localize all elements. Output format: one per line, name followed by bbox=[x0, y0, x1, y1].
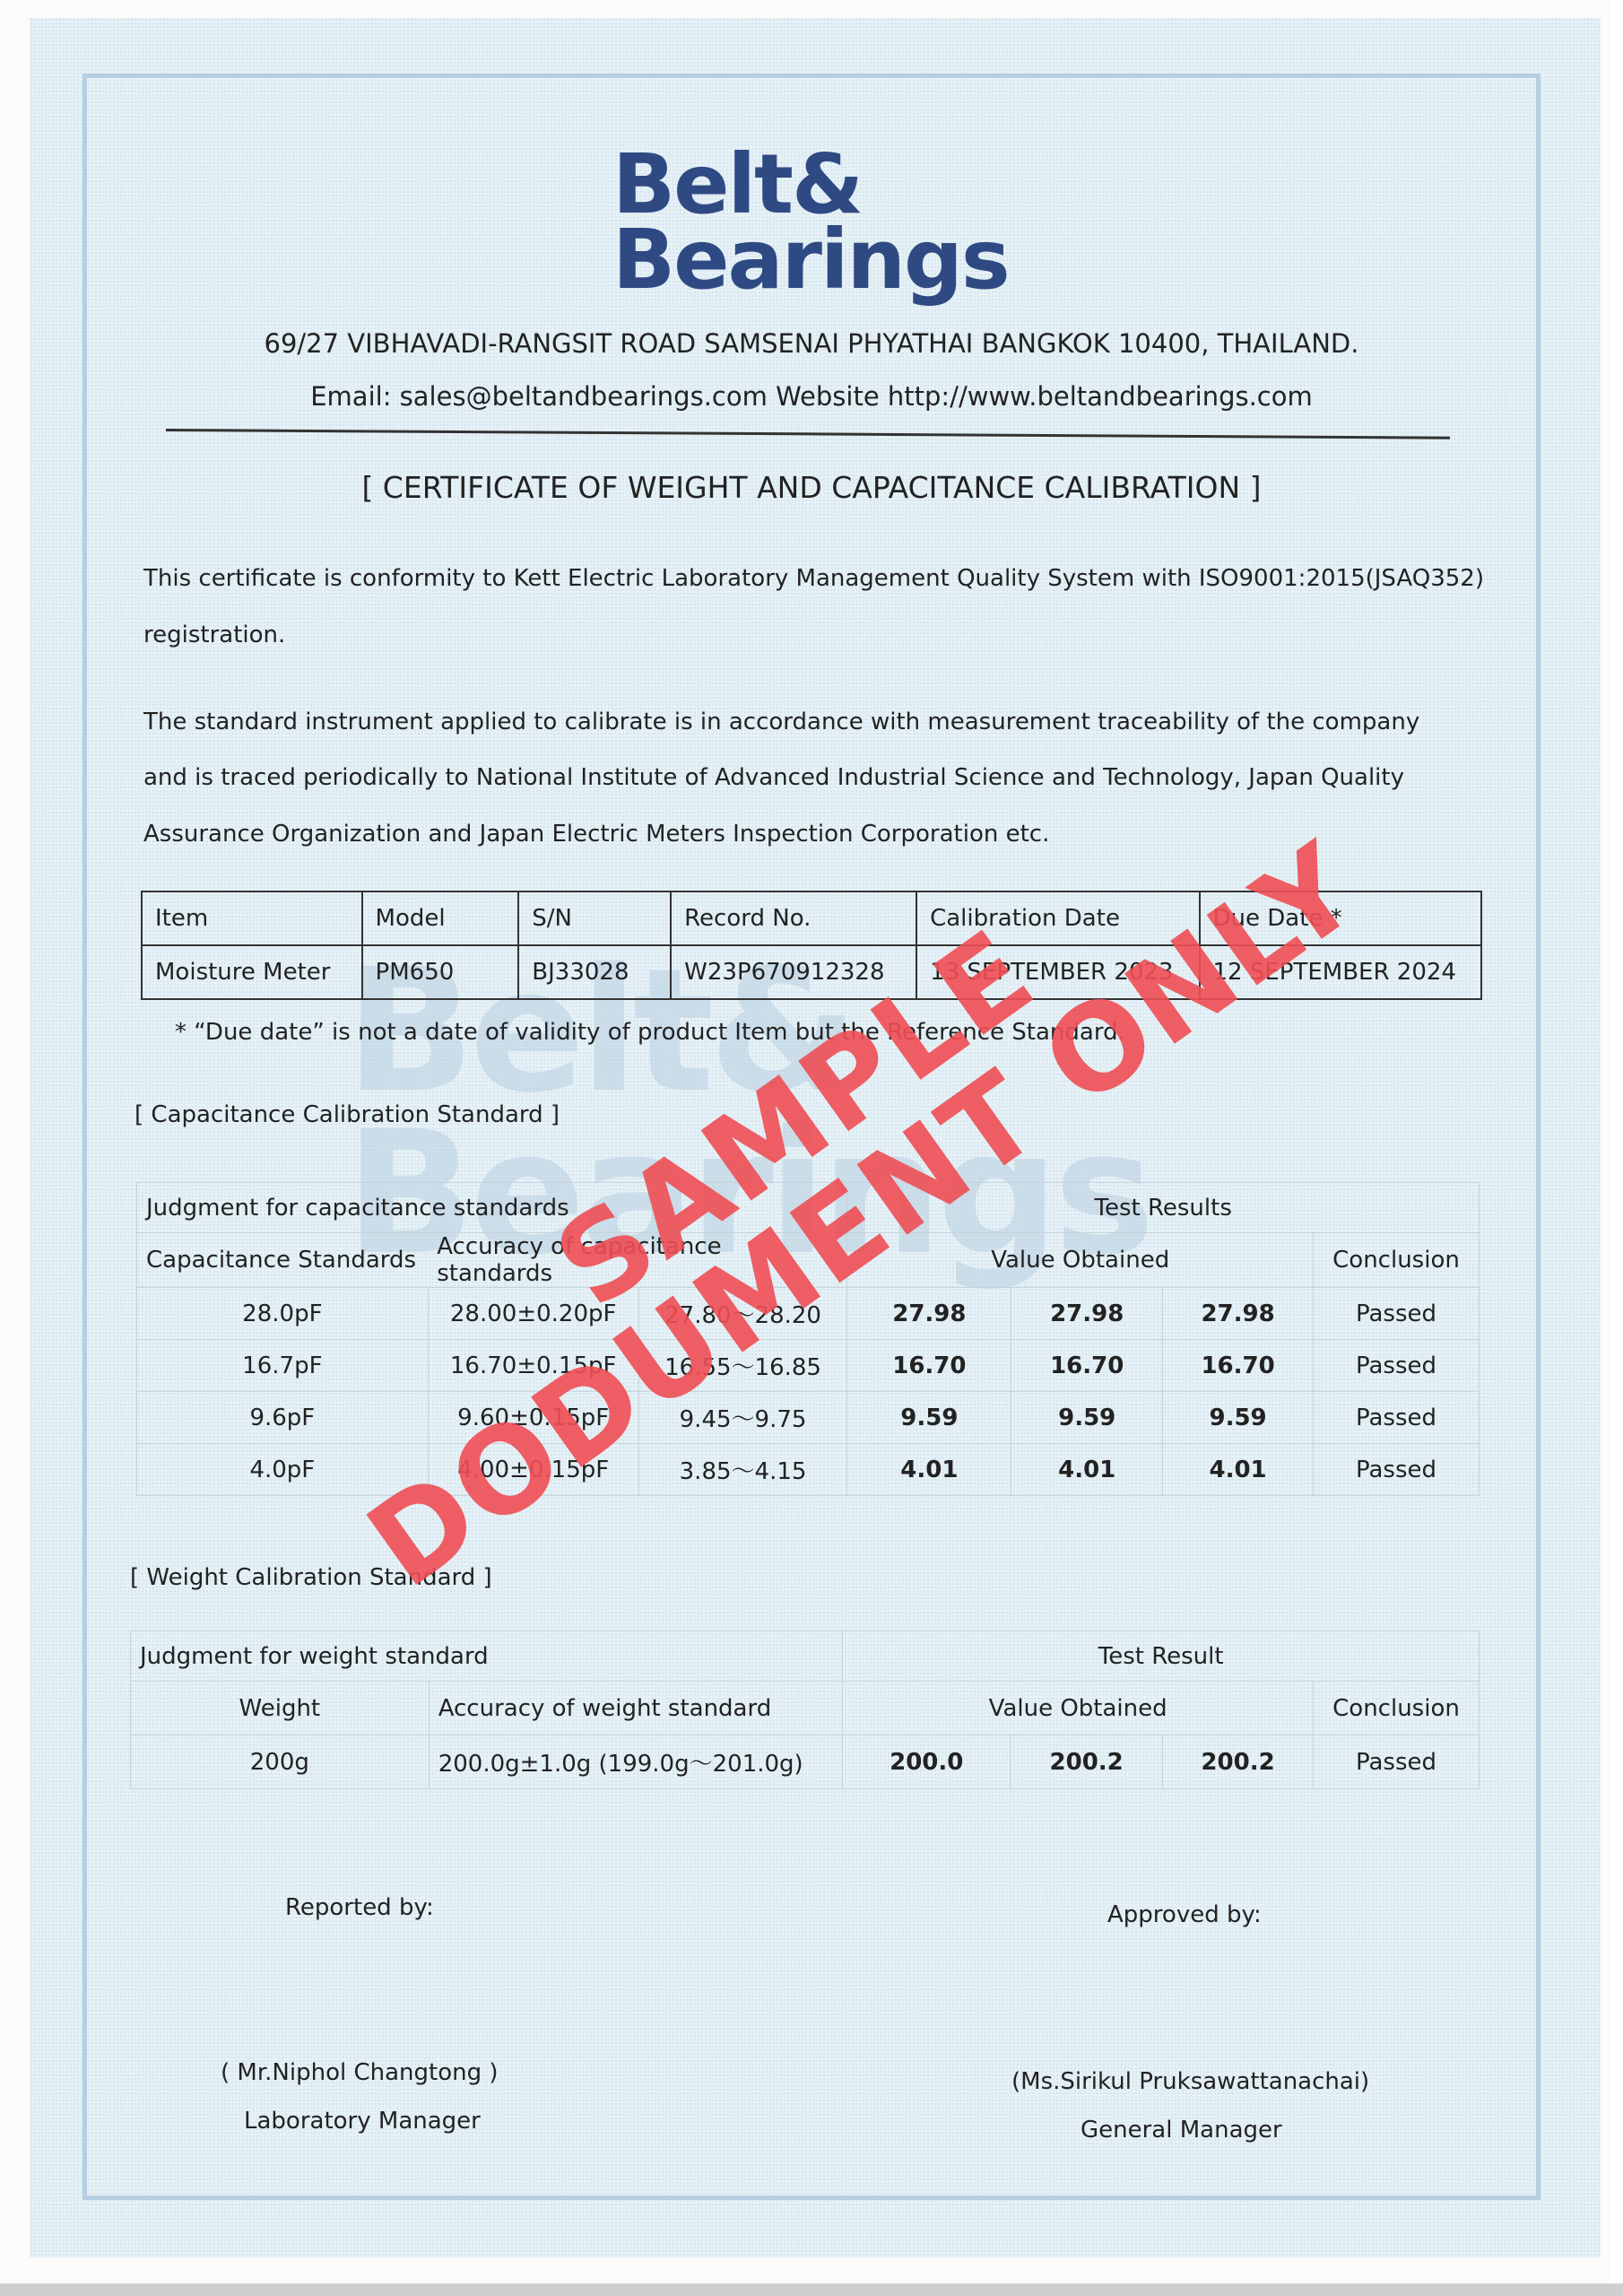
company-contact: Email: sales@beltandbearings.com Website… bbox=[0, 381, 1623, 412]
cap-conclusion: Passed bbox=[1314, 1340, 1480, 1392]
weight-judgment-header: Judgment for weight standard bbox=[131, 1631, 843, 1682]
cap-value-2: 9.59 bbox=[1011, 1392, 1163, 1444]
cap-value-2: 27.98 bbox=[1011, 1288, 1163, 1340]
paragraph-line: This certificate is conformity to Kett E… bbox=[143, 565, 1484, 592]
scanner-shadow bbox=[0, 2283, 1623, 2296]
cap-value-1: 27.98 bbox=[847, 1288, 1011, 1340]
weight-table: Judgment for weight standard Test Result… bbox=[130, 1631, 1480, 1789]
cap-value-1: 4.01 bbox=[847, 1444, 1011, 1496]
sn-value: BJ33028 bbox=[518, 945, 671, 999]
model-value: PM650 bbox=[362, 945, 519, 999]
header-sn: S/N bbox=[518, 891, 671, 945]
weight-test-result-header: Test Result bbox=[843, 1631, 1480, 1682]
cap-value-2: 4.01 bbox=[1011, 1444, 1163, 1496]
cap-value-3: 27.98 bbox=[1163, 1288, 1314, 1340]
weight-col-accuracy: Accuracy of weight standard bbox=[429, 1682, 843, 1735]
paragraph-line: Assurance Organization and Japan Electri… bbox=[143, 821, 1049, 848]
weight-conclusion: Passed bbox=[1314, 1735, 1480, 1789]
cap-value-3: 9.59 bbox=[1163, 1392, 1314, 1444]
cap-conclusion: Passed bbox=[1314, 1288, 1480, 1340]
cap-value-2: 16.70 bbox=[1011, 1340, 1163, 1392]
table-row: 200g 200.0g±1.0g (199.0g〜201.0g) 200.0 2… bbox=[131, 1735, 1480, 1789]
cap-conclusion: Passed bbox=[1314, 1444, 1480, 1496]
cap-col-standards: Capacitance Standards bbox=[137, 1233, 429, 1288]
reporter-name: ( Mr.Niphol Changtong ) bbox=[221, 2059, 499, 2086]
cap-col-conclusion: Conclusion bbox=[1314, 1233, 1480, 1288]
weight-col-value-obtained: Value Obtained bbox=[843, 1682, 1314, 1735]
company-address: 69/27 VIBHAVADI-RANGSIT ROAD SAMSENAI PH… bbox=[0, 328, 1623, 359]
paragraph-line: registration. bbox=[143, 622, 285, 648]
cap-range: 3.85〜4.15 bbox=[638, 1444, 847, 1496]
item-value: Moisture Meter bbox=[142, 945, 362, 999]
company-logo: Belt& Bearings bbox=[612, 143, 1016, 314]
weight-header-row-2: Weight Accuracy of weight standard Value… bbox=[131, 1682, 1480, 1735]
cap-value-3: 4.01 bbox=[1163, 1444, 1314, 1496]
capacitance-section-heading: [ Capacitance Calibration Standard ] bbox=[135, 1101, 560, 1128]
reporter-title: Laboratory Manager bbox=[244, 2108, 481, 2135]
reported-by-label: Reported by: bbox=[285, 1894, 434, 1921]
weight-value-2: 200.2 bbox=[1011, 1735, 1163, 1789]
weight-value-3: 200.2 bbox=[1163, 1735, 1314, 1789]
approver-name: (Ms.Sirikul Pruksawattanachai) bbox=[1011, 2068, 1369, 2095]
cap-value-1: 16.70 bbox=[847, 1340, 1011, 1392]
weight-accuracy: 200.0g±1.0g (199.0g〜201.0g) bbox=[429, 1735, 843, 1789]
weight-header-row-1: Judgment for weight standard Test Result bbox=[131, 1631, 1480, 1682]
approver-title: General Manager bbox=[1081, 2117, 1282, 2144]
approved-by-label: Approved by: bbox=[1107, 1901, 1262, 1928]
header-record-no: Record No. bbox=[671, 891, 916, 945]
logo-line-2: Bearings bbox=[612, 219, 1009, 301]
cap-conclusion: Passed bbox=[1314, 1392, 1480, 1444]
cap-standard: 28.0pF bbox=[137, 1288, 429, 1340]
weight-value: 200g bbox=[131, 1735, 430, 1789]
certificate-title: [ CERTIFICATE OF WEIGHT AND CAPACITANCE … bbox=[0, 470, 1623, 505]
weight-col-weight: Weight bbox=[131, 1682, 430, 1735]
cap-value-3: 16.70 bbox=[1163, 1340, 1314, 1392]
paragraph-line: The standard instrument applied to calib… bbox=[143, 709, 1419, 735]
header-item: Item bbox=[142, 891, 362, 945]
weight-col-conclusion: Conclusion bbox=[1314, 1682, 1480, 1735]
weight-value-1: 200.0 bbox=[843, 1735, 1011, 1789]
header-model: Model bbox=[362, 891, 519, 945]
cap-value-1: 9.59 bbox=[847, 1392, 1011, 1444]
